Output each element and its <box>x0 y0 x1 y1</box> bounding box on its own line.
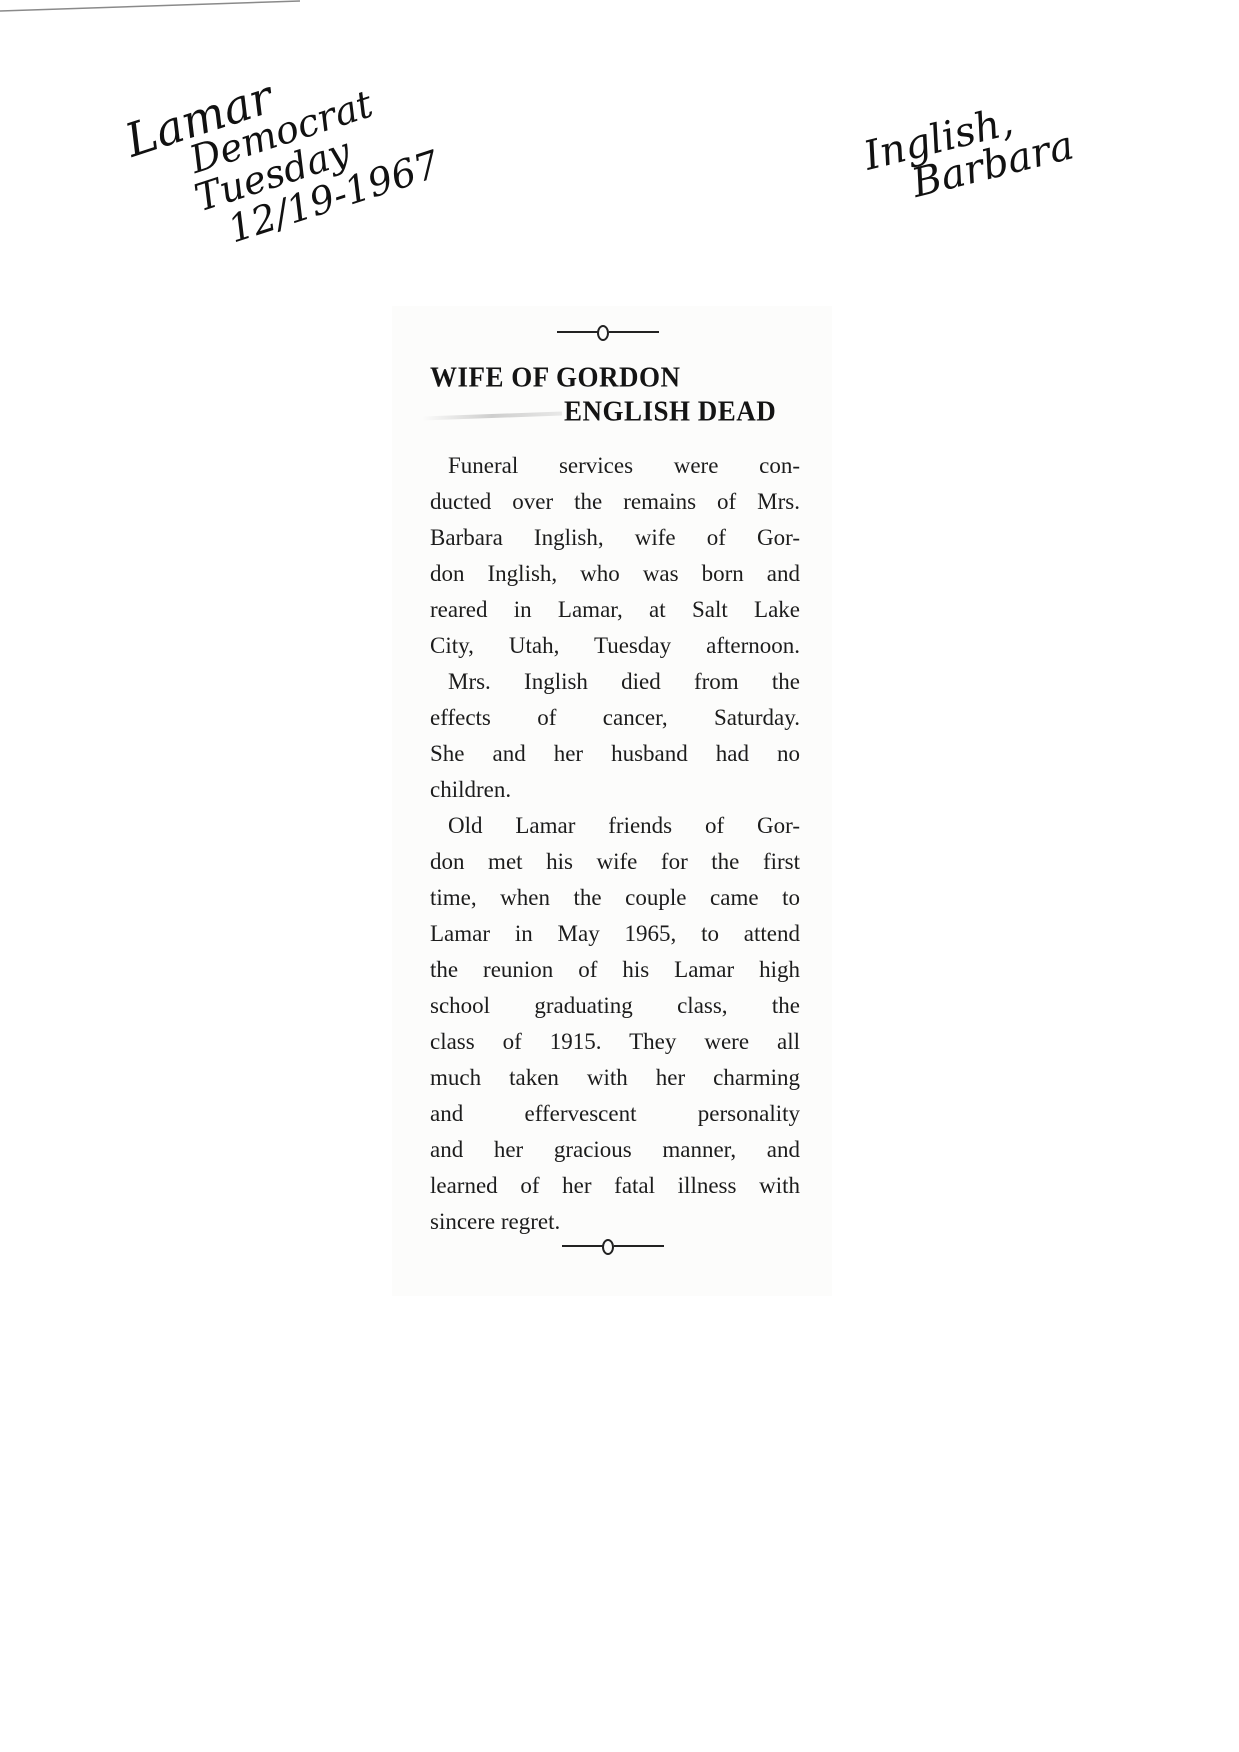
bottom-divider-ornament-icon <box>562 1236 662 1256</box>
text-line: children. <box>430 772 800 808</box>
paragraph-2: Mrs. Inglish died from the effects of ca… <box>430 664 800 808</box>
text-line: class of 1915. They were all <box>430 1024 800 1060</box>
scan-edge-line <box>0 0 300 14</box>
article-body: Funeral services were con- ducted over t… <box>430 448 800 1240</box>
text-line: and effervescent personality <box>430 1096 800 1132</box>
text-line: effects of cancer, Saturday. <box>430 700 800 736</box>
text-line: much taken with her charming <box>430 1060 800 1096</box>
newspaper-clipping: WIFE OF GORDON ENGLISH DEAD Funeral serv… <box>392 306 832 1296</box>
text-line: reared in Lamar, at Salt Lake <box>430 592 800 628</box>
headline-line-1: WIFE OF GORDON <box>430 361 681 394</box>
paragraph-1: Funeral services were con- ducted over t… <box>430 448 800 664</box>
text-line: Lamar in May 1965, to attend <box>430 916 800 952</box>
text-line: ducted over the remains of Mrs. <box>430 484 800 520</box>
text-line: don met his wife for the first <box>430 844 800 880</box>
headline-line-2: ENGLISH DEAD <box>564 395 776 428</box>
text-line: She and her husband had no <box>430 736 800 772</box>
text-line: Funeral services were con- <box>430 448 800 484</box>
text-line: school graduating class, the <box>430 988 800 1024</box>
text-line: don Inglish, who was born and <box>430 556 800 592</box>
text-line: Barbara Inglish, wife of Gor- <box>430 520 800 556</box>
handwritten-source-note: Lamar Democrat Tuesday 12/19-1967 <box>120 31 444 271</box>
text-line: learned of her fatal illness with <box>430 1168 800 1204</box>
text-line: time, when the couple came to <box>430 880 800 916</box>
text-line: Mrs. Inglish died from the <box>430 664 800 700</box>
print-smudge <box>422 412 562 421</box>
top-divider-ornament-icon <box>557 322 657 342</box>
text-line: the reunion of his Lamar high <box>430 952 800 988</box>
text-line: City, Utah, Tuesday afternoon. <box>430 628 800 664</box>
paragraph-3: Old Lamar friends of Gor- don met his wi… <box>430 808 800 1240</box>
text-line: and her gracious manner, and <box>430 1132 800 1168</box>
text-line: Old Lamar friends of Gor- <box>430 808 800 844</box>
text-line: sincere regret. <box>430 1204 800 1240</box>
handwritten-name-note: Inglish, Barbara <box>860 88 1078 213</box>
